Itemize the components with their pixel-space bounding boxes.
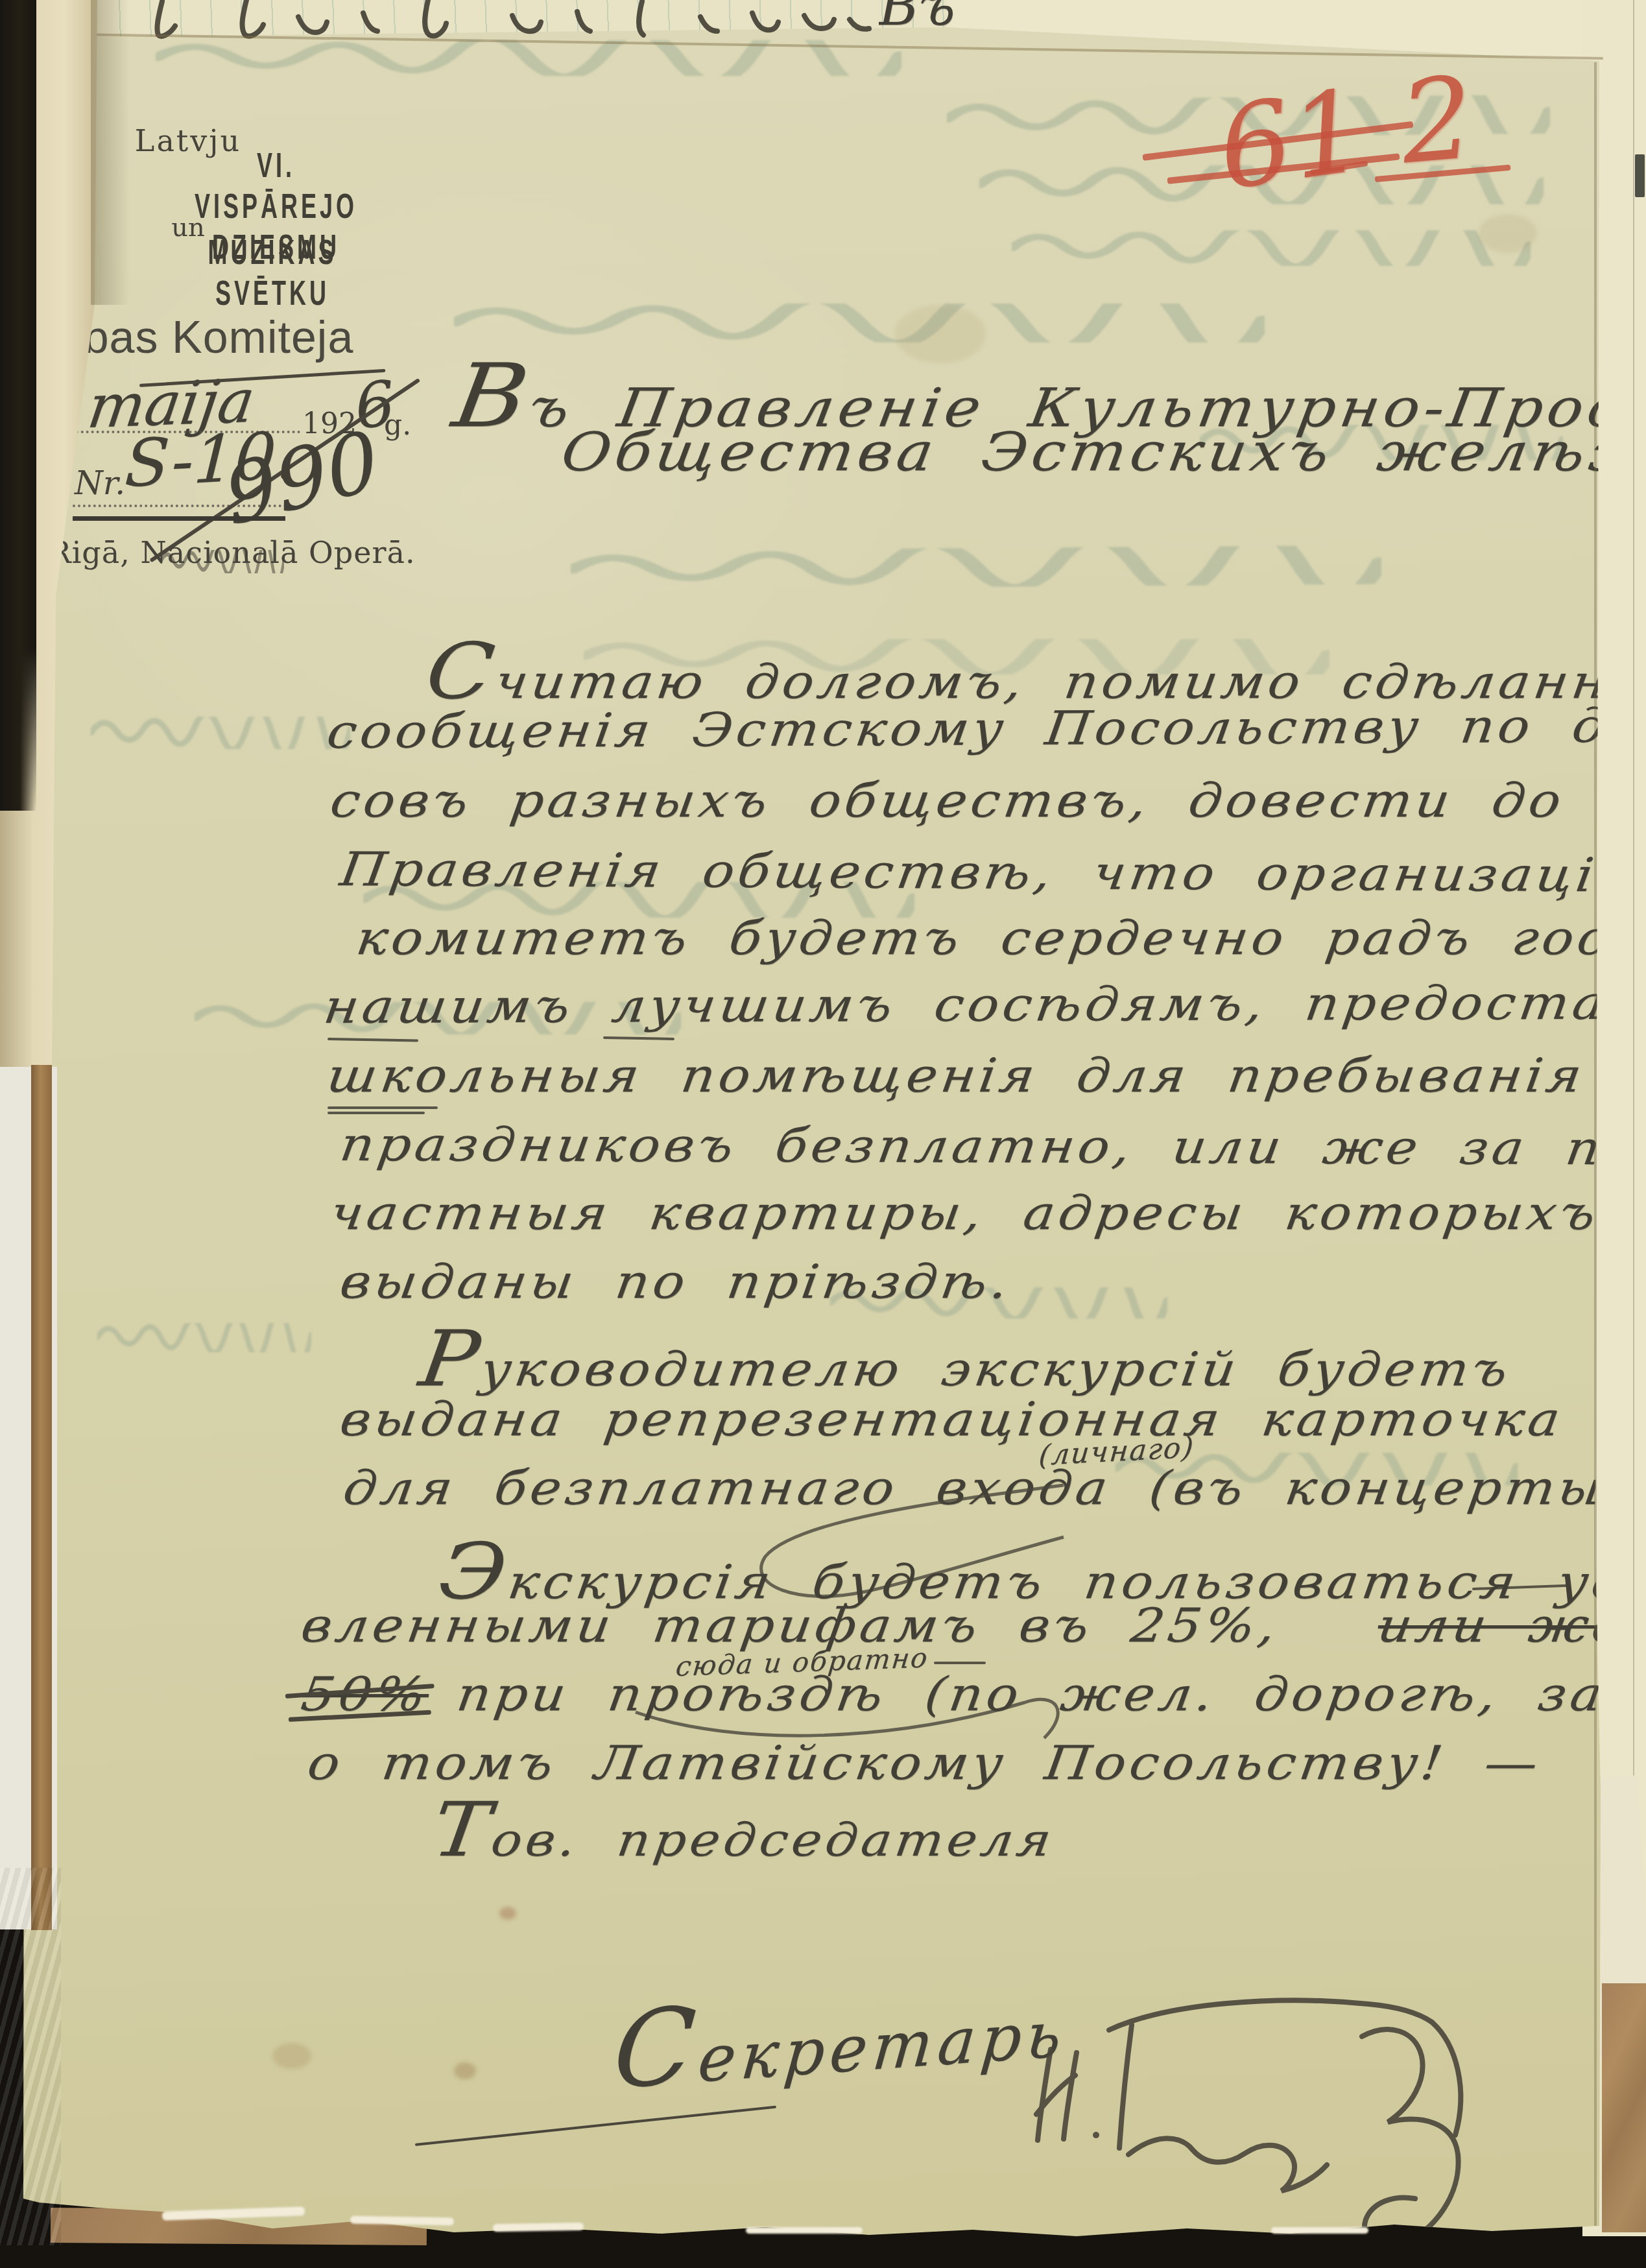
body-line: при проѣздѣ (по жел. дорогѣ, заявивъ bbox=[454, 1670, 1646, 1719]
body-line: Руководителю экскурсій будетъ bbox=[415, 1320, 1518, 1400]
binder-clip-shadow bbox=[1635, 154, 1645, 197]
body-line: комитетъ будетъ сердечно радъ гостямъ- bbox=[353, 914, 1646, 962]
kraft-backing-bottom-left bbox=[0, 1868, 61, 2245]
underline bbox=[328, 1106, 438, 1109]
kraft-backing-bottom-right bbox=[1602, 1983, 1646, 2232]
letter-sheet: 61 2 Latvju VI. VISPĀREJO DZIESMU un MUZ… bbox=[0, 0, 1646, 2268]
underline bbox=[328, 1038, 418, 1042]
body-line: нашимъ лучшимъ сосѣдямъ, предоставить bbox=[321, 978, 1646, 1031]
place-line: Rigā, Nacionalā Operā. bbox=[49, 535, 416, 570]
body-line: сообщенія Эстскому Посольству по дѣлу за… bbox=[324, 700, 1646, 756]
sheet-right-edge-shadow bbox=[1594, 62, 1597, 2226]
cut-off-handwriting-strokes bbox=[149, 0, 901, 39]
body-line: частныя квартиры, адресы которыхъ будутъ bbox=[328, 1189, 1646, 1237]
body-line: выдана репрезентаціонная карточка bbox=[337, 1395, 1566, 1444]
body-line: выданы по пріѣздѣ. bbox=[337, 1258, 1014, 1306]
body-line: о томъ Латвійскому Посольству! — bbox=[305, 1739, 1544, 1787]
body-line: школьныя помѣщенія для пребыванія во вре… bbox=[324, 1051, 1646, 1100]
year-g: g. bbox=[384, 409, 411, 442]
body-line: совъ разныхъ обществъ, довести до свѣдѣн… bbox=[328, 776, 1646, 825]
underline bbox=[603, 1036, 674, 1040]
body-line: вленными тарифамъ въ 25%, bbox=[298, 1601, 1282, 1650]
body-line: Правленія обществѣ, что организаціонный bbox=[337, 845, 1646, 900]
closing-title: Тов. председателя bbox=[428, 1791, 1061, 1869]
signature-sweep bbox=[415, 2105, 776, 2146]
cover-strip-shadow bbox=[91, 0, 130, 305]
underline bbox=[328, 1112, 425, 1114]
signature-flourish bbox=[999, 1920, 1582, 2257]
binding-dark-edge bbox=[0, 0, 36, 811]
printed-rule bbox=[73, 516, 285, 521]
body-line: праздниковъ безплатно, или же за плату bbox=[337, 1120, 1646, 1173]
address-line-2: Общества Эстскихъ желѣзнодорожниковъ. bbox=[558, 425, 1646, 480]
scanned-archival-letter: Въ 61 2 Latvju VI. VISPĀ bbox=[0, 0, 1646, 2268]
binding-tape-strip bbox=[31, 1065, 52, 1930]
struck-words: или же bbox=[1375, 1601, 1630, 1650]
underline bbox=[934, 1662, 986, 1664]
